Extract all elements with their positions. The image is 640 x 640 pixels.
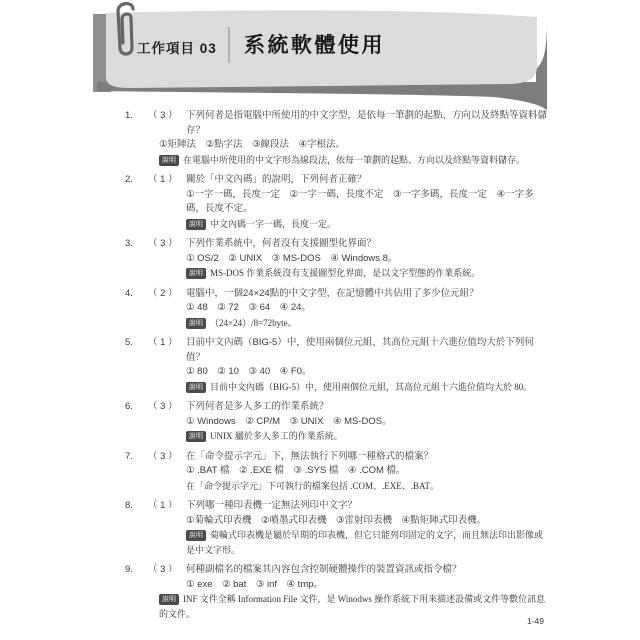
question-number: 4. (125, 287, 148, 331)
question-body: 關於「中文內碼」的說明，下列何者正確？①一字一碼，長度一定 ②一字一碼，長度不定… (186, 173, 547, 231)
explanation-text: 目前中文內碼（BIG-5）中，使用兩個位元組，其高位元組十六進位值均大於 80。 (210, 382, 532, 392)
question-options: ①一字一碼，長度一定 ②一字一碼，長度不定 ③一字多碼，長度一定 ④一字多碼，長… (186, 188, 547, 217)
question-options: ① .BAT 檔 ② .EXE 檔 ③ .SYS 檔 ④ .COM 檔。 (186, 464, 547, 479)
question-options: ①菊輪式印表機 ②噴墨式印表機 ③雷射印表機 ④點矩陣式印表機。 (186, 514, 547, 529)
header-divider (228, 27, 230, 63)
question-body: 何種副檔名的檔案其內容包含控制硬體操作的裝置資訊或指令檔？① exe ② bat… (186, 563, 547, 621)
question-number: 8. (125, 499, 148, 557)
explanation-text: UNIX 屬於多人多工的作業系統。 (210, 431, 343, 441)
question-item: 1.（ 3 ）下列何者是指電腦中所使用的中文字型，是依每一筆劃的起點、方向以及終… (125, 109, 547, 167)
explanation-badge: 說明 (186, 318, 206, 329)
answer-key: （ 1 ） (148, 173, 186, 231)
answer-key: （ 2 ） (148, 287, 186, 331)
explanation: 說明在電腦中所使用的中文字形為線段法，依每一筆劃的起點、方向以及終點等資料儲存。 (159, 153, 547, 168)
explanation: 說明菊輪式印表機是屬於早期的印表機，但它只能列印固定的文字，而且無法印出影像或是… (186, 528, 547, 557)
question-number: 2. (125, 173, 148, 231)
explanation-badge: 說明 (186, 530, 206, 541)
question-body: 電腦中，一個24×24點的中文字型，在記憶體中共佔用了多少位元組？① 48 ② … (186, 287, 547, 331)
question-body: 下列作業系統中，何者沒有支援圖型化界面？① OS/2 ② UNIX ③ MS-D… (186, 237, 547, 281)
question-text: 下列何者是指電腦中所使用的中文字型，是依每一筆劃的起點、方向以及終點等資料儲存？ (186, 109, 547, 138)
question-item: 3.（ 3 ）下列作業系統中，何者沒有支援圖型化界面？① OS/2 ② UNIX… (125, 237, 547, 281)
question-text: 下列何者是多人多工的作業系統？ (186, 400, 547, 415)
question-options: ① 80 ② 10 ③ 40 ④ F0。 (186, 365, 547, 380)
question-options: ① 48 ② 72 ③ 64 ④ 24。 (186, 301, 547, 316)
question-text: 關於「中文內碼」的說明，下列何者正確？ (186, 173, 547, 188)
question-number: 5. (125, 336, 148, 394)
explanation-text: 在電腦中所使用的中文字形為線段法，依每一筆劃的起點、方向以及終點等資料儲存。 (183, 155, 525, 165)
answer-key: （ 3 ） (148, 237, 186, 281)
question-number: 3. (125, 237, 148, 281)
question-body: 下列何者是多人多工的作業系統？① Windows ② CP/M ③ UNIX ④… (186, 400, 547, 444)
question-options: ① Windows ② CP/M ③ UNIX ④ MS-DOS。 (186, 415, 547, 430)
question-item: 5.（ 1 ）目前中文內碼（BIG-5）中，使用兩個位元組，其高位元組十六進位值… (125, 336, 547, 394)
explanation-text: （24×24）/8=72byte。 (210, 318, 297, 328)
question-number: 6. (125, 400, 148, 444)
explanation-text: 在「命令提示字元」下可執行的檔案包括 .COM、.EXE、.BAT。 (186, 481, 439, 491)
explanation-text: INF 文件全稱 Information File 文件，是 Winodws 操… (159, 594, 545, 619)
explanation-text: 中文內碼一字一碼，長度一定。 (210, 219, 336, 229)
question-item: 7.（ 3 ）在「命令提示字元」下，無法執行下列哪一種格式的檔案？① .BAT … (125, 450, 547, 494)
question-options: ①矩陣法 ②點字法 ③線段法 ④字根法。 (159, 138, 547, 153)
question-item: 6.（ 3 ）下列何者是多人多工的作業系統？① Windows ② CP/M ③… (125, 400, 547, 444)
explanation: 說明中文內碼一字一碼，長度一定。 (186, 217, 547, 232)
explanation-badge: 說明 (186, 431, 206, 442)
chapter-title: 系統軟體使用 (244, 29, 385, 59)
question-number: 9. (125, 563, 148, 621)
question-item: 8.（ 1 ）下列哪一種印表機一定無法列印中文字？①菊輪式印表機 ②噴墨式印表機… (125, 499, 547, 557)
answer-key: （ 1 ） (148, 336, 186, 394)
explanation: 說明目前中文內碼（BIG-5）中，使用兩個位元組，其高位元組十六進位值均大於 8… (186, 380, 547, 395)
question-number: 1. (125, 109, 148, 167)
question-list: 1.（ 3 ）下列何者是指電腦中所使用的中文字型，是依每一筆劃的起點、方向以及終… (125, 109, 547, 627)
question-text: 下列作業系統中，何者沒有支援圖型化界面？ (186, 237, 547, 252)
explanation-badge: 說明 (186, 382, 206, 393)
chapter-header: 工作項目 03 系統軟體使用 (0, 0, 640, 112)
explanation-badge: 說明 (186, 268, 206, 279)
question-body: 目前中文內碼（BIG-5）中，使用兩個位元組，其高位元組十六進位值均大於下列何值… (186, 336, 547, 394)
explanation: 說明UNIX 屬於多人多工的作業系統。 (186, 429, 547, 444)
question-item: 2.（ 1 ）關於「中文內碼」的說明，下列何者正確？①一字一碼，長度一定 ②一字… (125, 173, 547, 231)
answer-key: （ 3 ） (148, 450, 186, 494)
question-text: 下列哪一種印表機一定無法列印中文字？ (186, 499, 547, 514)
question-body: 下列哪一種印表機一定無法列印中文字？①菊輪式印表機 ②噴墨式印表機 ③雷射印表機… (186, 499, 547, 557)
explanation-text: MS-DOS 作業系統沒有支援圖型化界面，是以文字型態的作業系統。 (210, 268, 480, 278)
explanation: 在「命令提示字元」下可執行的檔案包括 .COM、.EXE、.BAT。 (186, 479, 547, 494)
question-number: 7. (125, 450, 148, 494)
question-text: 目前中文內碼（BIG-5）中，使用兩個位元組，其高位元組十六進位值均大於下列何值… (186, 336, 547, 365)
question-text: 電腦中，一個24×24點的中文字型，在記憶體中共佔用了多少位元組？ (186, 287, 547, 302)
question-item: 9.（ 3 ）何種副檔名的檔案其內容包含控制硬體操作的裝置資訊或指令檔？① ex… (125, 563, 547, 621)
question-body: 下列何者是指電腦中所使用的中文字型，是依每一筆劃的起點、方向以及終點等資料儲存？… (186, 109, 547, 167)
explanation-badge: 說明 (159, 155, 179, 166)
question-body: 在「命令提示字元」下，無法執行下列哪一種格式的檔案？① .BAT 檔 ② .EX… (186, 450, 547, 494)
question-options: ① exe ② bat ③ inf ④ tmp。 (186, 578, 547, 593)
explanation-text: 菊輪式印表機是屬於早期的印表機，但它只能列印固定的文字，而且無法印出影像或是中文… (186, 530, 543, 555)
explanation: 說明INF 文件全稱 Information File 文件，是 Winodws… (159, 592, 547, 621)
question-options: ① OS/2 ② UNIX ③ MS-DOS ④ Windows 8。 (186, 252, 547, 267)
chapter-number-label: 工作項目 03 (137, 37, 217, 57)
question-text: 何種副檔名的檔案其內容包含控制硬體操作的裝置資訊或指令檔？ (186, 563, 547, 578)
explanation-badge: 說明 (186, 219, 206, 230)
answer-key: （ 1 ） (148, 499, 186, 557)
answer-key: （ 3 ） (148, 400, 186, 444)
textbook-page: 工作項目 03 系統軟體使用 1.（ 3 ）下列何者是指電腦中所使用的中文字型，… (0, 0, 640, 640)
question-item: 4.（ 2 ）電腦中，一個24×24點的中文字型，在記憶體中共佔用了多少位元組？… (125, 287, 547, 331)
explanation: 說明（24×24）/8=72byte。 (186, 316, 547, 331)
explanation: 說明MS-DOS 作業系統沒有支援圖型化界面，是以文字型態的作業系統。 (186, 266, 547, 281)
explanation-badge: 說明 (159, 594, 179, 605)
page-number: 1-49 (527, 616, 544, 626)
question-text: 在「命令提示字元」下，無法執行下列哪一種格式的檔案？ (186, 450, 547, 465)
